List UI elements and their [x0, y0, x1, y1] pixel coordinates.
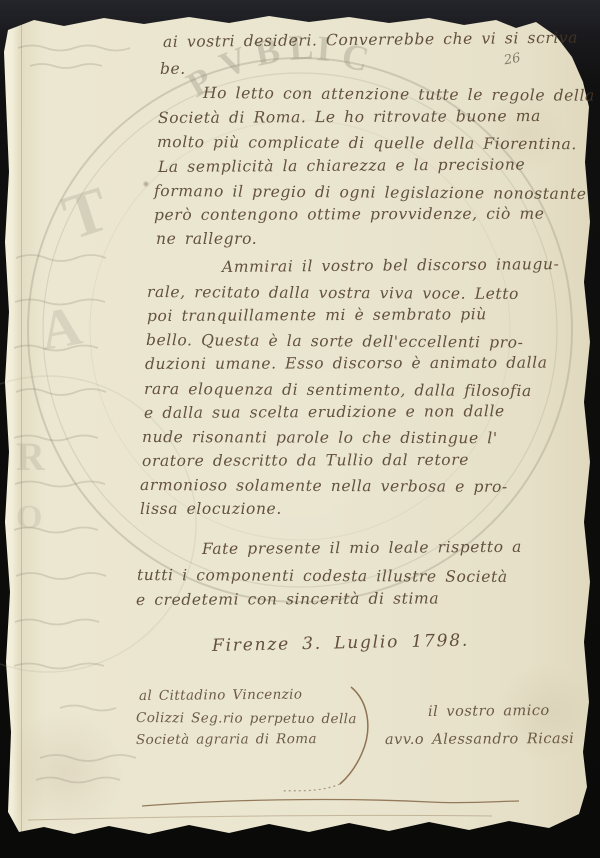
- manuscript-photo: P V B L I C T A R O: [0, 0, 600, 858]
- letter-line: ne rallegro.: [156, 230, 257, 248]
- letter-line: rale, recitato dalla vostra viva voce. L…: [147, 283, 519, 303]
- letter-line: e dalla sua scelta erudizione e non dall…: [144, 402, 505, 422]
- letter-line: tutti i componenti codesta illustre Soci…: [137, 566, 508, 586]
- letter-line: Fate presente il mio leale rispetto a: [202, 538, 522, 558]
- letter-line: poi tranquillamente mi è sembrato più: [147, 305, 487, 325]
- letter-line: Ho letto con attenzione tutte le regole …: [203, 84, 595, 105]
- letter-line: nude risonanti parole lo che distingue l…: [142, 428, 498, 447]
- fold-crease: [21, 12, 22, 844]
- letter-line: e credetemi con sincerità di stima: [136, 589, 439, 609]
- letter-line: bello. Questa è la sorte dell'eccellenti…: [146, 331, 524, 352]
- address-line: Colizzi Seg.rio perpetuo della: [136, 710, 357, 727]
- letter-line: La semplicità la chiarezza e la precisio…: [158, 155, 525, 176]
- signature-line: il vostro amico: [428, 703, 550, 720]
- letter-line: oratore descritto da Tullio dal retore: [142, 451, 469, 470]
- letter-line: Società di Roma. Le ho ritrovate buone m…: [158, 107, 541, 127]
- address-line: al Cittadino Vincenzio: [139, 687, 303, 704]
- letter-line: formano il pregio di ogni legislazione n…: [154, 182, 587, 203]
- page-number-pencil: 26: [503, 51, 522, 69]
- letter-line: be.: [160, 60, 186, 78]
- letter-line: molto più complicate di quelle della Fio…: [157, 133, 577, 153]
- letter-line: rara eloquenza di sentimento, dalla filo…: [144, 380, 532, 400]
- letter-line: armonioso solamente nella verbosa e pro-: [140, 476, 508, 496]
- letter-line: lissa elocuzione.: [140, 500, 282, 518]
- address-line: Società agraria di Roma: [136, 731, 317, 748]
- letter-line: duzioni umane. Esso discorso è animato d…: [145, 354, 548, 373]
- signature-line: avv.o Alessandro Ricasi: [385, 731, 574, 748]
- gutter-edge: [4, 12, 20, 844]
- letter-line: però contengono ottime provvidenze, ciò …: [154, 205, 545, 224]
- letter-line: Ammirai il vostro bel discorso inaugu-: [222, 255, 560, 276]
